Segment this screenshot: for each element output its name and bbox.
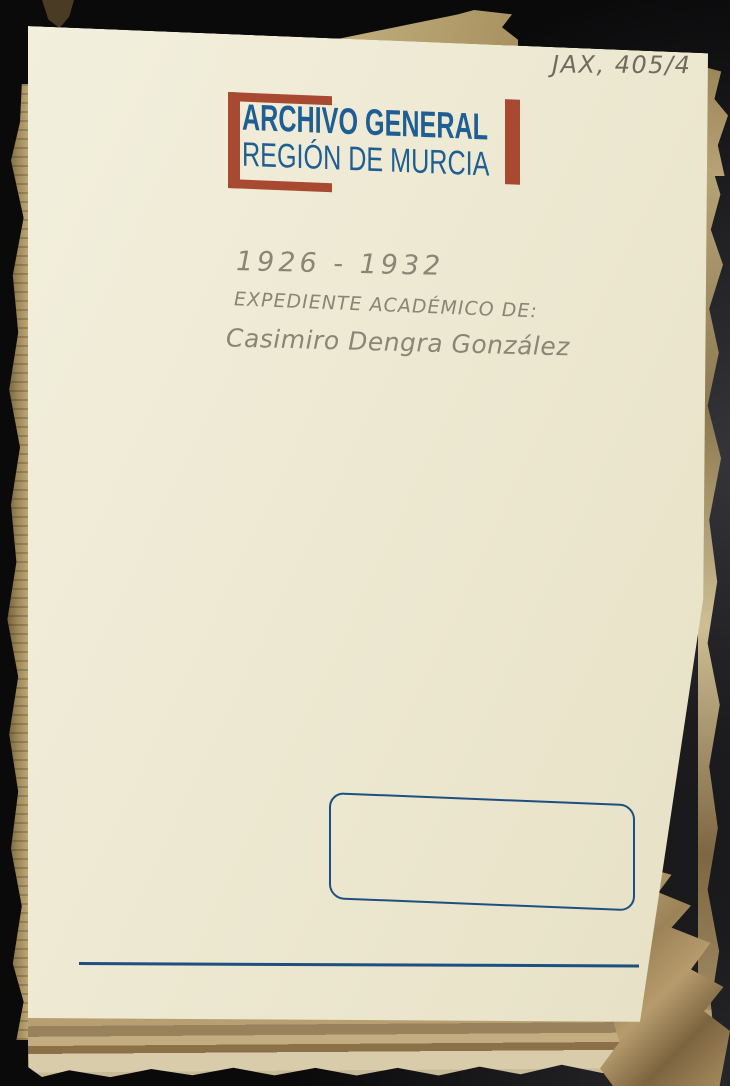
handwritten-archive-code: JAX, 405/4 bbox=[552, 50, 691, 79]
handwritten-label: EXPEDIENTE ACADÉMICO DE: bbox=[234, 288, 538, 322]
logo-bar-icon bbox=[505, 99, 520, 185]
logo-text: ARCHIVO GENERAL REGIÓN DE MURCIA bbox=[242, 99, 604, 187]
signature-box bbox=[329, 792, 635, 911]
footer-rule bbox=[79, 962, 639, 967]
agrm-logo: ARCHIVO GENERAL REGIÓN DE MURCIA bbox=[228, 92, 528, 204]
photo-background: JAX, 405/4 ARCHIVO GENERAL REGIÓN DE MUR… bbox=[0, 0, 730, 1086]
folder-cover: JAX, 405/4 ARCHIVO GENERAL REGIÓN DE MUR… bbox=[28, 26, 708, 1045]
handwritten-years: 1926 - 1932 bbox=[236, 246, 444, 282]
handwritten-name: Casimiro Dengra González bbox=[226, 323, 570, 361]
torn-scrap-top-left bbox=[42, 0, 74, 28]
